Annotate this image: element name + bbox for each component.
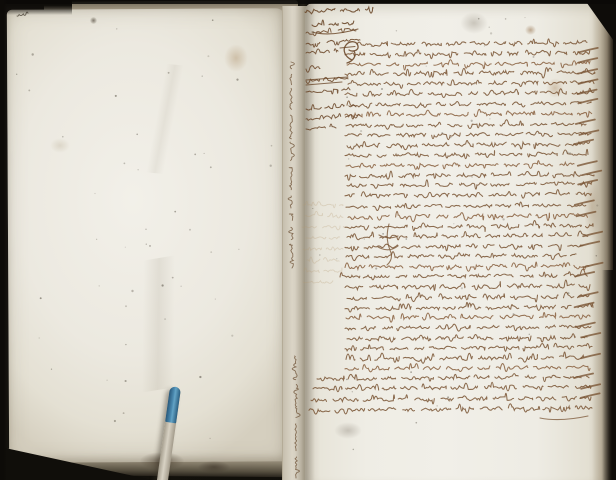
pen-tip	[165, 386, 181, 423]
pen-shaft	[157, 386, 182, 480]
scan-shadow-corner	[602, 270, 616, 480]
scan-edge-top	[0, 0, 616, 4]
manuscript-scan	[0, 0, 616, 480]
scan-edge-left	[0, 0, 7, 480]
pen	[147, 384, 179, 480]
